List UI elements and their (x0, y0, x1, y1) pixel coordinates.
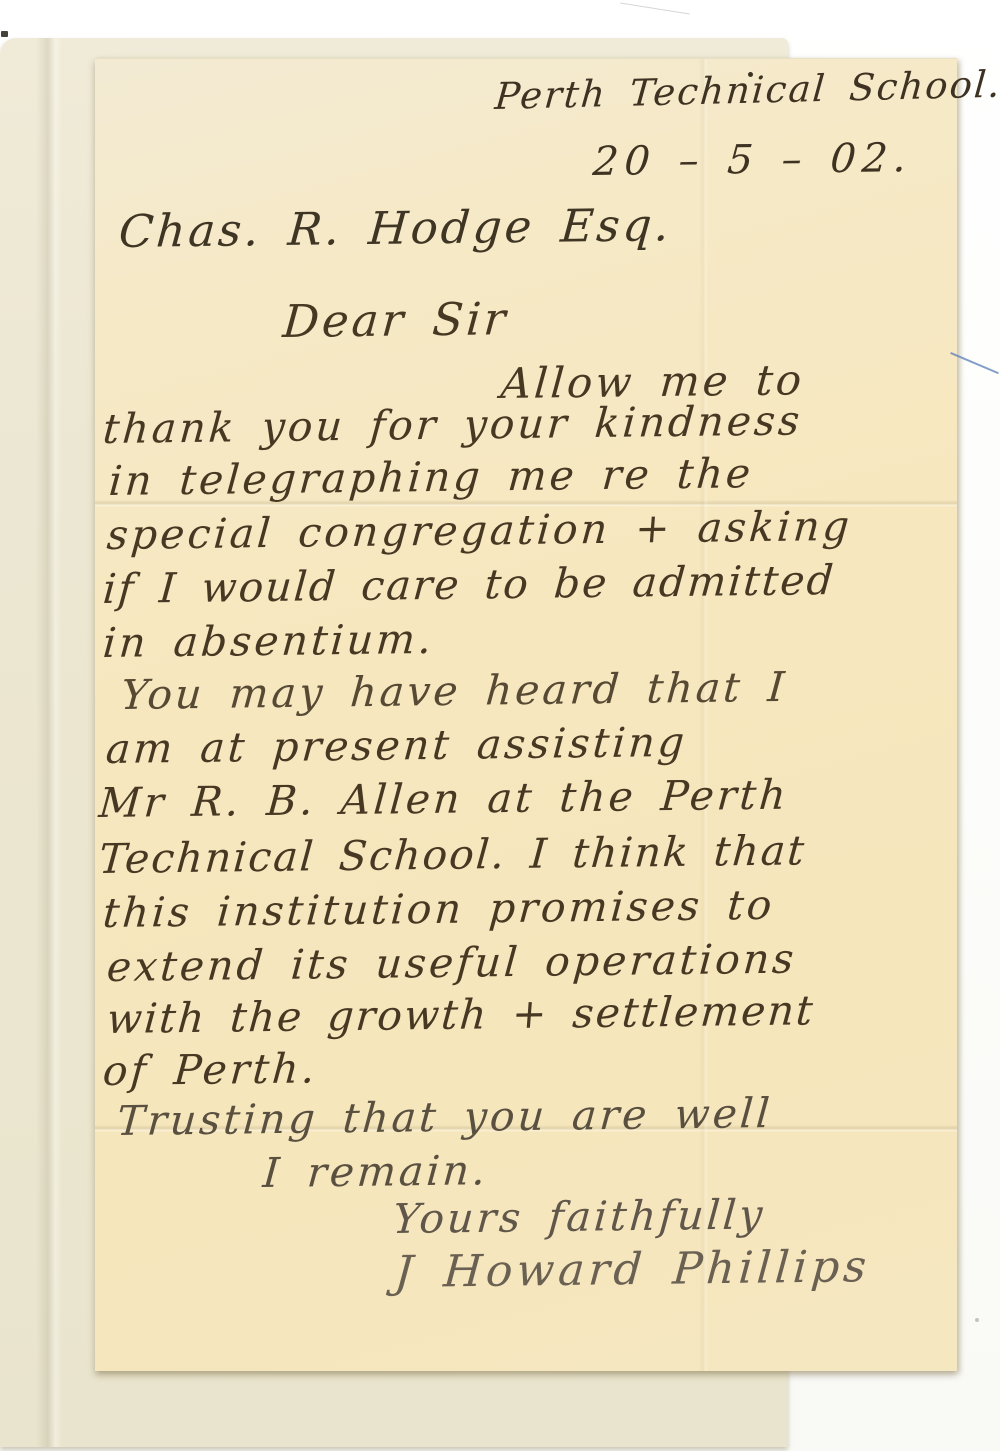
scanned-letter: Perth Technical School. 20 – 5 – 02. Cha… (0, 0, 1000, 1451)
vertical-fold-crease (699, 59, 708, 1371)
body-line: of Perth. (101, 1044, 319, 1095)
body-line: in telegraphing me re the (107, 449, 755, 505)
body-line: Mr R. B. Allen at the Perth (97, 771, 790, 827)
backing-sheet-fold-crease (36, 38, 62, 1447)
letterhead-date: 20 – 5 – 02. (591, 135, 914, 185)
body-line: Technical School. I think that (97, 826, 808, 883)
letterhead-place: Perth Technical School. (493, 63, 1000, 118)
body-line: this institution promises to (101, 881, 776, 937)
body-line: with the growth + settlement (105, 986, 816, 1043)
body-line: if I would care to be admitted (101, 556, 837, 613)
salutation-line: Dear Sir (281, 292, 510, 348)
letter-page: Perth Technical School. 20 – 5 – 02. Cha… (95, 58, 957, 1371)
body-line: extend its useful operations (105, 935, 798, 991)
body-line: special congregation + asking (105, 502, 854, 559)
closing-line: Yours faithfully (391, 1190, 767, 1243)
blue-pen-mark (950, 352, 999, 374)
dust-speck (975, 1318, 979, 1322)
signature-line: J Howard Phillips (393, 1241, 872, 1298)
closing-line: I remain. (261, 1146, 490, 1197)
closing-line: Trusting that you are well (115, 1089, 774, 1145)
edge-speck (1, 31, 8, 37)
scanner-scratch-mark (620, 3, 689, 15)
recipient-line: Chas. R. Hodge Esq. (117, 198, 674, 258)
body-line: You may have heard that I (119, 663, 789, 719)
body-line: in absentium. (101, 615, 436, 667)
body-line: am at present assisting (104, 718, 689, 773)
body-line: thank you for your kindness (101, 396, 804, 453)
